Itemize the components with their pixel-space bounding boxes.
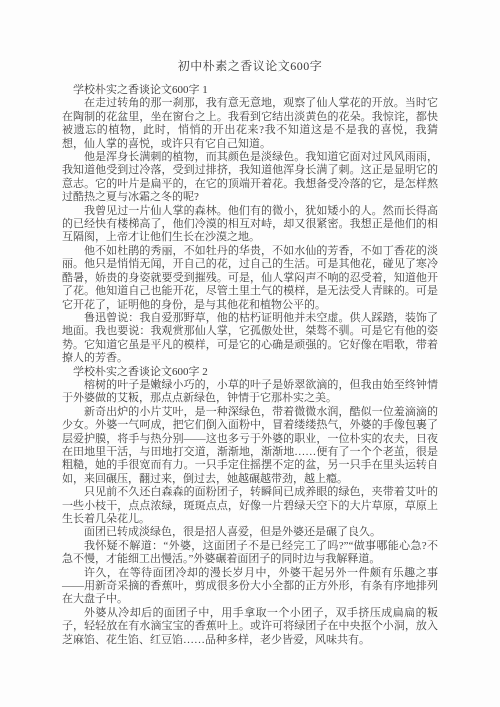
paragraph: 只见前不久还白森森的面粉团子，转瞬间已成养眼的绿色，夹带着艾叶的一些小枝干，点点… [62, 486, 438, 526]
paragraph: 面团已转成淡绿色，很是招人喜爱，但是外婆还是碾了良久。 [62, 526, 438, 539]
paragraph: 鲁迅曾说：我自爱那野草，他的枯朽证明他并未空虚。供人踩踏，装饰了地面。我也要说：… [62, 312, 438, 366]
paragraph: 许久，在等待面团冷却的漫长岁月中，外婆干起另外一件颇有乐趣之事——用新奇采摘的香… [62, 567, 438, 607]
paragraph: 在走过转角的那一刹那，我有意无意地，观察了仙人掌花的开放。当时它在陶制的花盆里，… [62, 97, 438, 151]
paragraph: 他是浑身长满刺的植物，而其颜色是淡绿色。我知道它面对过风风雨雨，我知道他受到过冷… [62, 151, 438, 205]
section-2-heading: 学校朴实之香谈论文600字 2 [62, 366, 438, 379]
paragraph: 我曾见过一片仙人掌的森林。他们有的微小，犹如矮小的人。然而长得高的已经快有楼梯高… [62, 205, 438, 245]
paragraph: 新奇出炉的小片艾叶，是一种深绿色，带着微微水润，酷似一位羞滴滴的少女。外婆一气呵… [62, 406, 438, 486]
paragraph: 他不如杜鹃的秀丽，不如牡丹的华贵，不如水仙的芳香，不如丁香花的淡丽。他只是悄悄无… [62, 245, 438, 312]
document-body: 学校朴实之香谈论文600字 1 在走过转角的那一刹那，我有意无意地，观察了仙人掌… [0, 74, 500, 647]
paragraph: 榕树的叶子是嫩绿小巧的，小草的叶子是娇翠欲滴的，但我由始至终钟情于外婆做的艾粄，… [62, 379, 438, 406]
document-title: 初中朴素之香议论文600字 [0, 0, 500, 74]
paragraph: 外婆从冷却后的面团子中，用手拿取一个小团子，双手挤压成扁扁的粄子，轻轻放在有水滴… [62, 607, 438, 647]
section-1-heading: 学校朴实之香谈论文600字 1 [62, 84, 438, 97]
paragraph: 我怀疑不解道：“外婆，这面团子不是已经完工了吗?”“做事哪能心急?不急不慢，才能… [62, 540, 438, 567]
document-page: 初中朴素之香议论文600字 学校朴实之香谈论文600字 1 在走过转角的那一刹那… [0, 0, 500, 707]
